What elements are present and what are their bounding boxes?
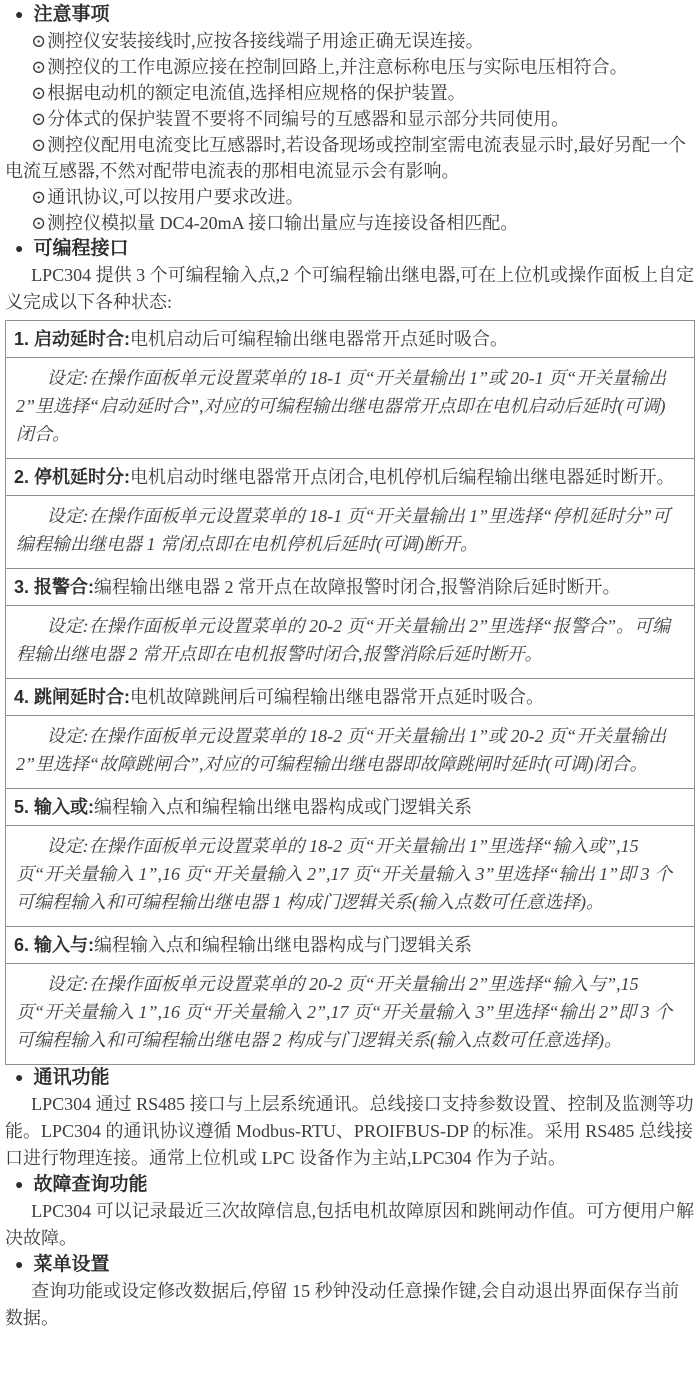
notice-item: ⊙测控仪模拟量 DC4-20mA 接口输出量应与连接设备相匹配。 [5, 210, 695, 236]
table-row-header: 4. 跳闸延时合:电机故障跳闸后可编程输出继电器常开点延时吸合。 [6, 679, 695, 716]
table-row-setting: 设定:在操作面板单元设置菜单的 18-1 页“开关量输出 1”或 20-1 页“… [6, 358, 695, 459]
row-header-cell: 5. 输入或:编程输入点和编程输出继电器构成或门逻辑关系 [6, 789, 695, 826]
row-label: 6. 输入与: [14, 935, 94, 955]
notice-item: ⊙通讯协议,可以按用户要求改进。 [5, 184, 695, 210]
row-setting-cell: 设定:在操作面板单元设置菜单的 18-1 页“开关量输出 1”里选择“停机延时分… [6, 496, 695, 569]
table-row-setting: 设定:在操作面板单元设置菜单的 20-2 页“开关量输出 2”里选择“报警合”。… [6, 606, 695, 679]
section-title-notices: ● 注意事项 [5, 2, 695, 28]
table-row-setting: 设定:在操作面板单元设置菜单的 18-2 页“开关量输出 1”或 20-2 页“… [6, 716, 695, 789]
notice-text: 测控仪安装接线时,应按各接线端子用途正确无误连接。 [47, 31, 484, 51]
circle-dot-icon: ⊙ [31, 187, 46, 207]
row-header-cell: 1. 启动延时合:电机启动后可编程输出继电器常开点延时吸合。 [6, 321, 695, 358]
circle-dot-icon: ⊙ [31, 57, 46, 77]
manual-document: { "page": { "marker": "●", "item_bullet"… [0, 0, 700, 1380]
row-label: 5. 输入或: [14, 797, 94, 817]
section-bullet-icon: ● [15, 1070, 23, 1084]
row-header-cell: 4. 跳闸延时合:电机故障跳闸后可编程输出继电器常开点延时吸合。 [6, 679, 695, 716]
table-row-header: 5. 输入或:编程输入点和编程输出继电器构成或门逻辑关系 [6, 789, 695, 826]
row-setting-cell: 设定:在操作面板单元设置菜单的 20-2 页“开关量输出 2”里选择“输入与”,… [6, 964, 695, 1065]
circle-dot-icon: ⊙ [31, 135, 46, 155]
notice-item: ⊙测控仪安装接线时,应按各接线端子用途正确无误连接。 [5, 28, 695, 54]
notice-item: ⊙根据电动机的额定电流值,选择相应规格的保护装置。 [5, 80, 695, 106]
row-label: 2. 停机延时分: [14, 467, 130, 487]
row-setting-cell: 设定:在操作面板单元设置菜单的 18-2 页“开关量输出 1”里选择“输入或”,… [6, 826, 695, 927]
table-row-setting: 设定:在操作面板单元设置菜单的 20-2 页“开关量输出 2”里选择“输入与”,… [6, 964, 695, 1065]
fault-text: LPC304 可以记录最近三次故障信息,包括电机故障原因和跳闸动作值。可方便用户… [5, 1198, 695, 1252]
row-label: 1. 启动延时合: [14, 329, 130, 349]
row-desc: 电机故障跳闸后可编程输出继电器常开点延时吸合。 [130, 687, 544, 707]
programmable-table: 1. 启动延时合:电机启动后可编程输出继电器常开点延时吸合。 设定:在操作面板单… [5, 320, 695, 1065]
section-bullet-icon: ● [15, 1177, 23, 1191]
row-desc: 电机启动时继电器常开点闭合,电机停机后编程输出继电器延时断开。 [130, 467, 675, 487]
section-title-programmable: ● 可编程接口 [5, 236, 695, 262]
manual-page: ● 注意事项 ⊙测控仪安装接线时,应按各接线端子用途正确无误连接。 ⊙测控仪的工… [0, 0, 700, 1332]
row-setting-cell: 设定:在操作面板单元设置菜单的 18-2 页“开关量输出 1”或 20-2 页“… [6, 716, 695, 789]
notice-item: ⊙测控仪的工作电源应接在控制回路上,并注意标称电压与实际电压相符合。 [5, 54, 695, 80]
circle-dot-icon: ⊙ [31, 213, 46, 233]
row-desc: 编程输出继电器 2 常开点在故障报警时闭合,报警消除后延时断开。 [94, 577, 621, 597]
row-desc: 电机启动后可编程输出继电器常开点延时吸合。 [130, 329, 508, 349]
programmable-intro: LPC304 提供 3 个可编程输入点,2 个可编程输出继电器,可在上位机或操作… [5, 262, 695, 316]
row-desc: 编程输入点和编程输出继电器构成或门逻辑关系 [94, 797, 472, 817]
notice-text: 根据电动机的额定电流值,选择相应规格的保护装置。 [47, 83, 466, 103]
circle-dot-icon: ⊙ [31, 83, 46, 103]
section-title-fault: ● 故障查询功能 [5, 1172, 695, 1198]
notice-text: 通讯协议,可以按用户要求改进。 [47, 187, 304, 207]
table-row-setting: 设定:在操作面板单元设置菜单的 18-1 页“开关量输出 1”里选择“停机延时分… [6, 496, 695, 569]
section-title-text: 注意事项 [33, 2, 109, 28]
notice-text: 测控仪模拟量 DC4-20mA 接口输出量应与连接设备相匹配。 [47, 213, 518, 233]
table-row-header: 6. 输入与:编程输入点和编程输出继电器构成与门逻辑关系 [6, 927, 695, 964]
notice-item: ⊙分体式的保护装置不要将不同编号的互感器和显示部分共同使用。 [5, 106, 695, 132]
menu-text: 查询功能或设定修改数据后,停留 15 秒钟没动任意操作键,会自动退出界面保存当前… [5, 1278, 695, 1332]
row-label: 4. 跳闸延时合: [14, 687, 130, 707]
row-header-cell: 3. 报警合:编程输出继电器 2 常开点在故障报警时闭合,报警消除后延时断开。 [6, 569, 695, 606]
table-row-header: 1. 启动延时合:电机启动后可编程输出继电器常开点延时吸合。 [6, 321, 695, 358]
notice-text: 分体式的保护装置不要将不同编号的互感器和显示部分共同使用。 [47, 109, 569, 129]
section-bullet-icon: ● [15, 1257, 23, 1271]
row-header-cell: 6. 输入与:编程输入点和编程输出继电器构成与门逻辑关系 [6, 927, 695, 964]
row-setting-cell: 设定:在操作面板单元设置菜单的 20-2 页“开关量输出 2”里选择“报警合”。… [6, 606, 695, 679]
communication-text: LPC304 通过 RS485 接口与上层系统通讯。总线接口支持参数设置、控制及… [5, 1091, 695, 1172]
circle-dot-icon: ⊙ [31, 109, 46, 129]
programmable-table-body: 1. 启动延时合:电机启动后可编程输出继电器常开点延时吸合。 设定:在操作面板单… [6, 321, 695, 1065]
table-row-header: 2. 停机延时分:电机启动时继电器常开点闭合,电机停机后编程输出继电器延时断开。 [6, 459, 695, 496]
table-row-setting: 设定:在操作面板单元设置菜单的 18-2 页“开关量输出 1”里选择“输入或”,… [6, 826, 695, 927]
section-bullet-icon: ● [15, 241, 23, 255]
notice-item: ⊙测控仪配用电流变比互感器时,若设备现场或控制室需电流表显示时,最好另配一个电流… [5, 132, 695, 184]
row-desc: 编程输入点和编程输出继电器构成与门逻辑关系 [94, 935, 472, 955]
notice-text: 测控仪配用电流变比互感器时,若设备现场或控制室需电流表显示时,最好另配一个电流互… [5, 135, 686, 181]
table-row-header: 3. 报警合:编程输出继电器 2 常开点在故障报警时闭合,报警消除后延时断开。 [6, 569, 695, 606]
section-title-text: 故障查询功能 [33, 1172, 147, 1198]
row-setting-cell: 设定:在操作面板单元设置菜单的 18-1 页“开关量输出 1”或 20-1 页“… [6, 358, 695, 459]
row-label: 3. 报警合: [14, 577, 94, 597]
section-title-text: 通讯功能 [33, 1065, 109, 1091]
notice-text: 测控仪的工作电源应接在控制回路上,并注意标称电压与实际电压相符合。 [47, 57, 628, 77]
circle-dot-icon: ⊙ [31, 31, 46, 51]
section-title-communication: ● 通讯功能 [5, 1065, 695, 1091]
section-title-text: 菜单设置 [33, 1252, 109, 1278]
section-title-menu: ● 菜单设置 [5, 1252, 695, 1278]
row-header-cell: 2. 停机延时分:电机启动时继电器常开点闭合,电机停机后编程输出继电器延时断开。 [6, 459, 695, 496]
notices-list: ⊙测控仪安装接线时,应按各接线端子用途正确无误连接。 ⊙测控仪的工作电源应接在控… [5, 28, 695, 236]
section-title-text: 可编程接口 [33, 236, 128, 262]
section-bullet-icon: ● [15, 7, 23, 21]
